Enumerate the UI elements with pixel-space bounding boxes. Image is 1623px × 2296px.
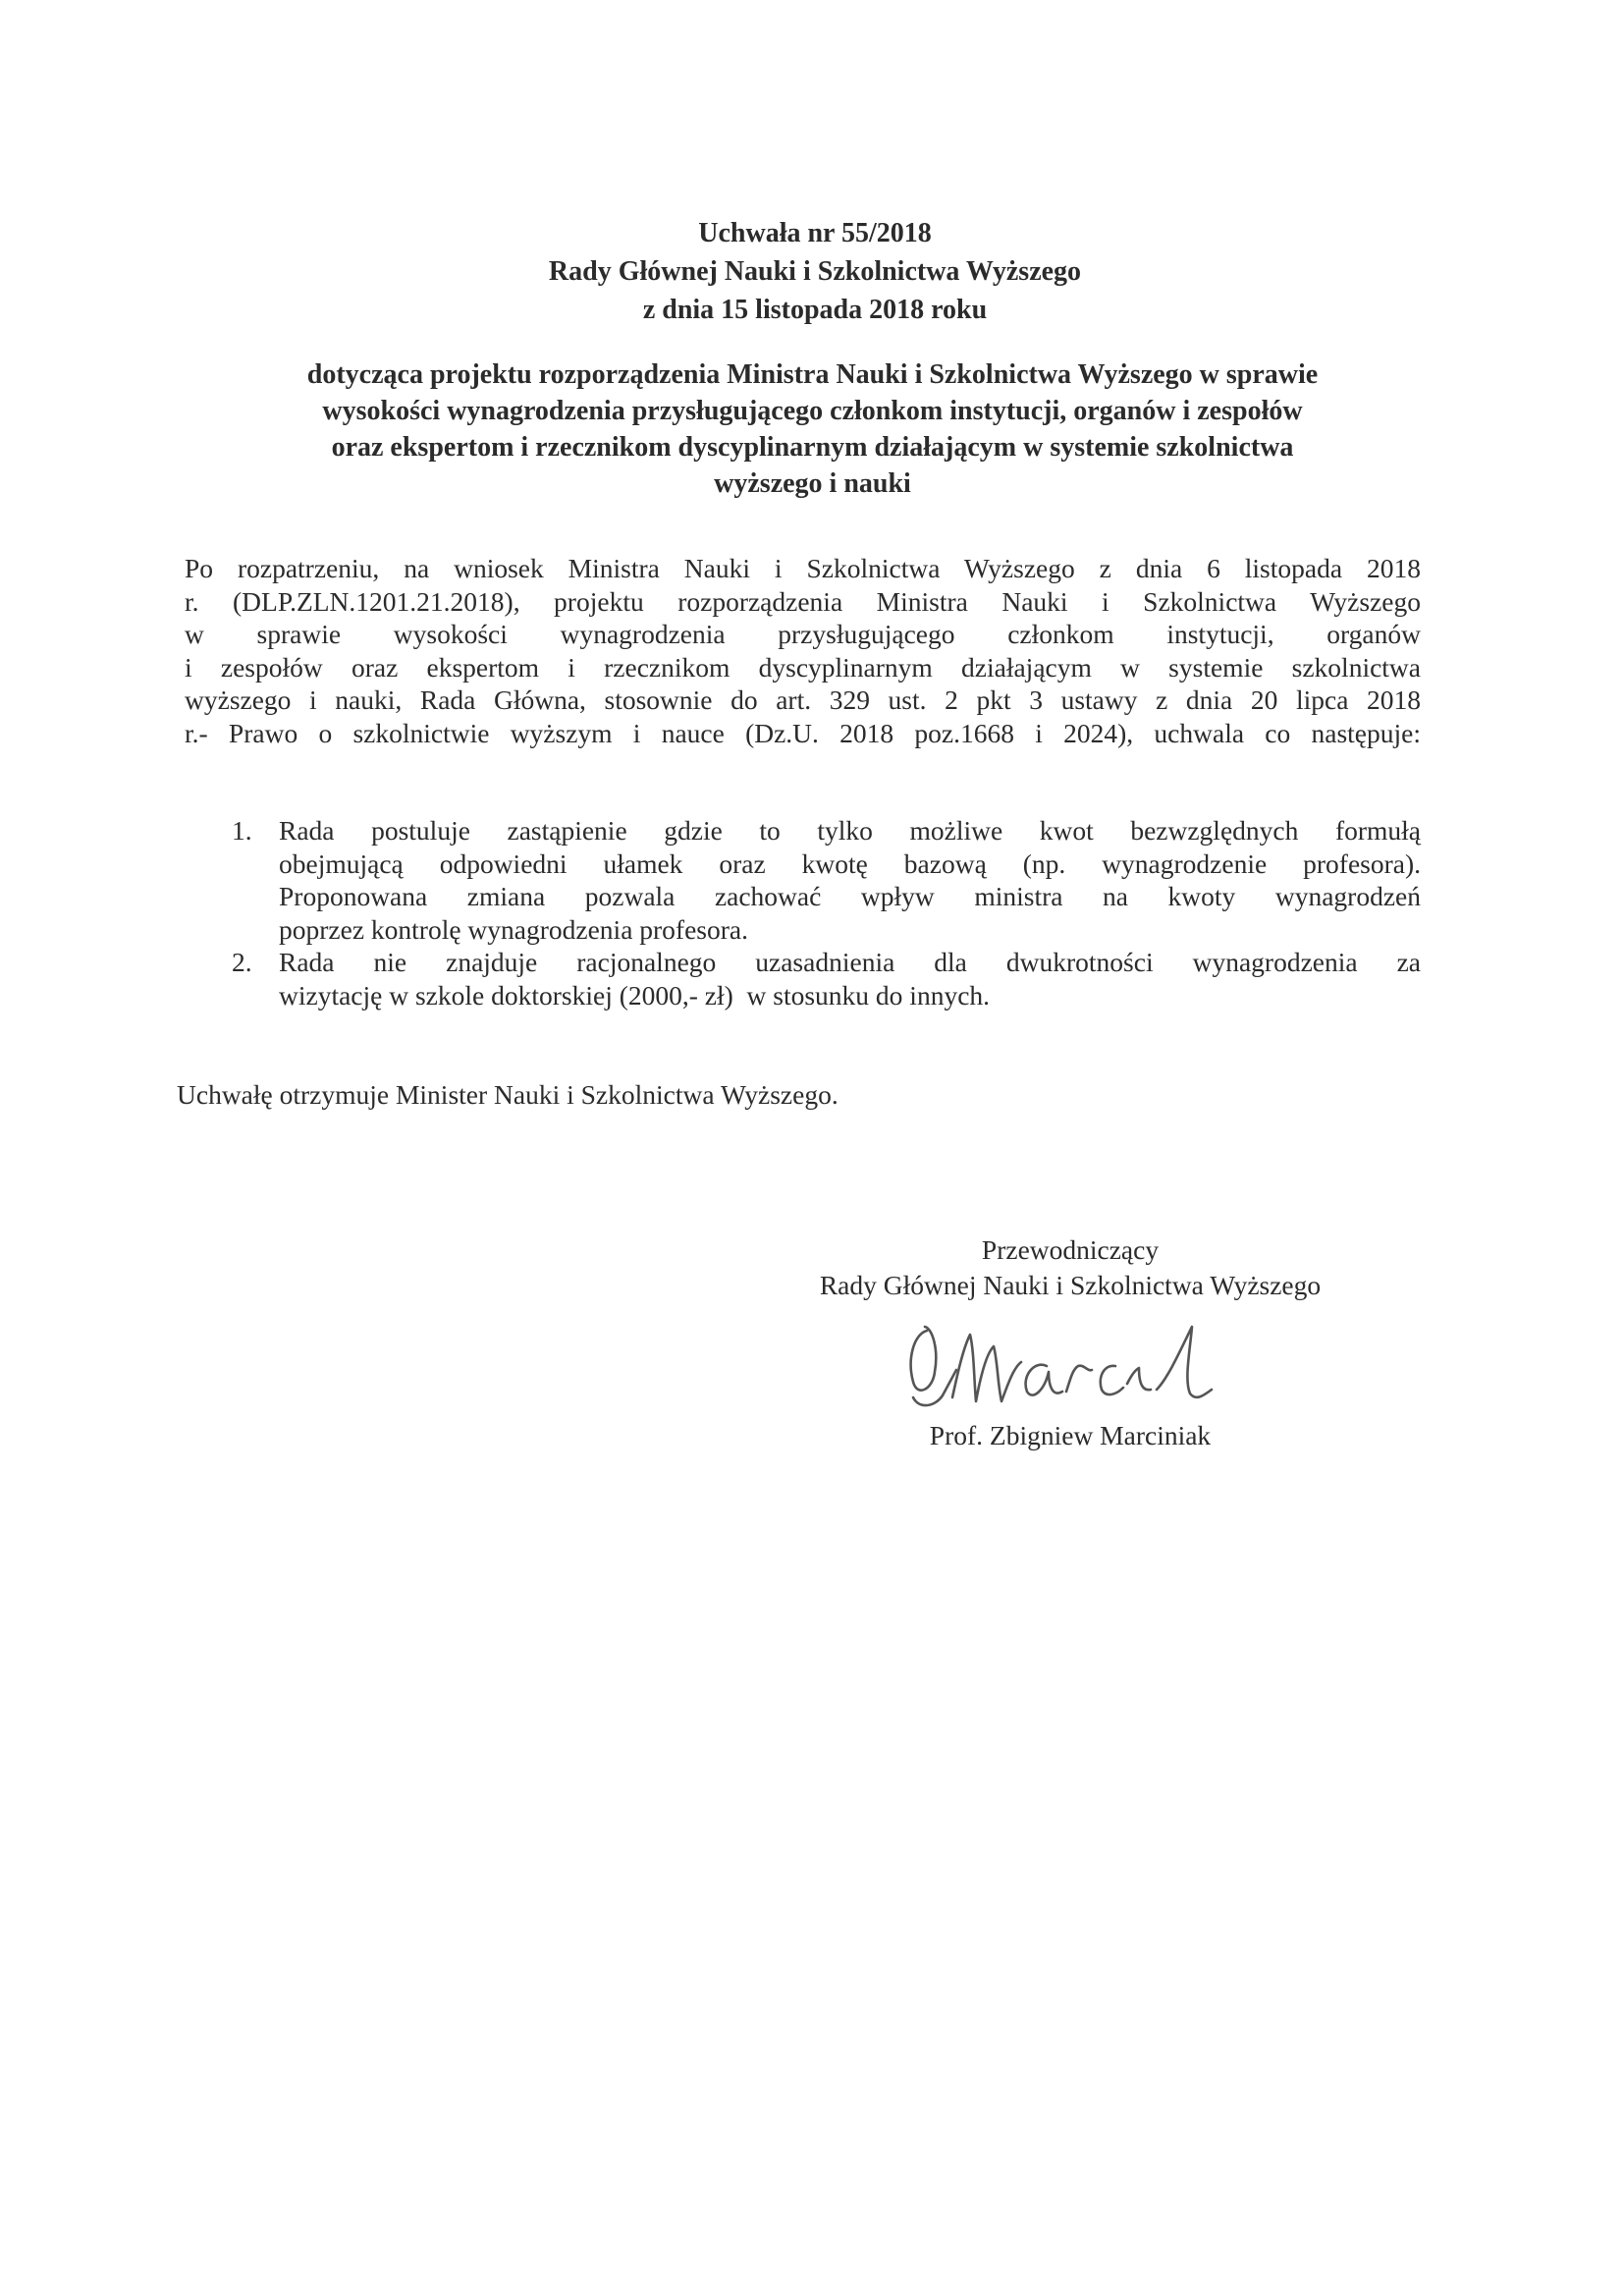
resolution-list: 1. Rada postuluje zastąpienie gdzie to t… <box>228 814 1421 1011</box>
subject-line: wyższego i nauki <box>182 465 1443 502</box>
item-line: obejmującą odpowiedni ułamek oraz kwotę … <box>279 847 1421 881</box>
signatory-title: Przewodniczący Rady Głównej Nauki i Szko… <box>746 1232 1394 1303</box>
paragraph-line: w sprawie wysokości wynagrodzenia przysł… <box>185 618 1421 651</box>
item-line: Rada nie znajduje racjonalnego uzasadnie… <box>279 946 1421 979</box>
item-number: 2. <box>232 946 252 979</box>
resolution-item: 2. Rada nie znajduje racjonalnego uzasad… <box>228 946 1421 1011</box>
item-line: poprzez kontrolę wynagrodzenia profesora… <box>279 913 1421 947</box>
resolution-date: z dnia 15 listopada 2018 roku <box>177 291 1453 329</box>
resolution-subject: dotycząca projektu rozporządzenia Minist… <box>182 356 1443 502</box>
paragraph-line: i zespołów oraz ekspertom i rzecznikom d… <box>185 651 1421 684</box>
document-page: Uchwała nr 55/2018 Rady Głównej Nauki i … <box>0 0 1623 2296</box>
paragraph-line: wyższego i nauki, Rada Główna, stosownie… <box>185 683 1421 717</box>
paragraph-line: r. (DLP.ZLN.1201.21.2018), projektu rozp… <box>185 585 1421 619</box>
handwritten-signature-icon <box>905 1321 1219 1414</box>
subject-line: dotycząca projektu rozporządzenia Minist… <box>182 356 1443 393</box>
paragraph-line: r.- Prawo o szkolnictwie wyższym i nauce… <box>185 717 1421 750</box>
subject-line: wysokości wynagrodzenia przysługującego … <box>182 393 1443 429</box>
resolution-heading: Uchwała nr 55/2018 Rady Głównej Nauki i … <box>177 214 1453 329</box>
intro-paragraph: Po rozpatrzeniu, na wniosek Ministra Nau… <box>185 552 1421 749</box>
item-line: wizytację w szkole doktorskiej (2000,- z… <box>279 979 1421 1012</box>
signatory-name: Prof. Zbigniew Marciniak <box>746 1418 1394 1453</box>
paragraph-line: Po rozpatrzeniu, na wniosek Ministra Nau… <box>185 552 1421 585</box>
subject-line: oraz ekspertom i rzecznikom dyscyplinarn… <box>182 429 1443 465</box>
item-number: 1. <box>232 814 252 847</box>
resolution-item: 1. Rada postuluje zastąpienie gdzie to t… <box>228 814 1421 946</box>
item-line: Proponowana zmiana pozwala zachować wpły… <box>279 880 1421 913</box>
issuing-body: Rady Głównej Nauki i Szkolnictwa Wyższeg… <box>177 252 1453 291</box>
item-line: Rada postuluje zastąpienie gdzie to tylk… <box>279 814 1421 847</box>
closing-statement: Uchwałę otrzymuje Minister Nauki i Szkol… <box>177 1078 839 1112</box>
signatory-role: Przewodniczący <box>746 1232 1394 1268</box>
resolution-number: Uchwała nr 55/2018 <box>177 214 1453 252</box>
signatory-body: Rady Głównej Nauki i Szkolnictwa Wyższeg… <box>746 1268 1394 1303</box>
